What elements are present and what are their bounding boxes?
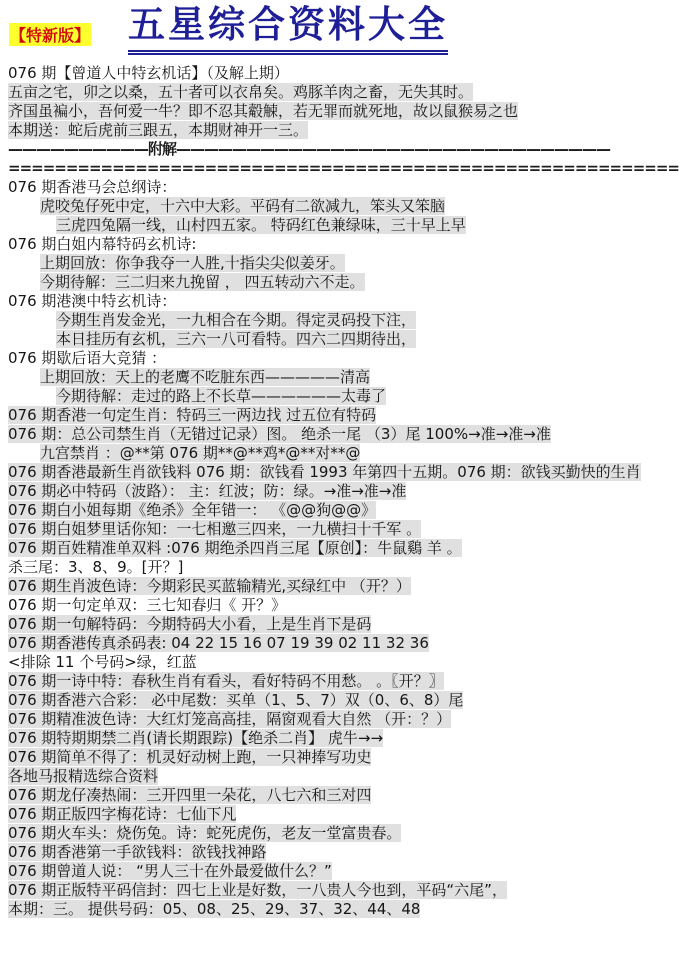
line-text: 今期待解：走过的路上不长草——————太毒了 xyxy=(56,387,386,405)
line-text: 杀三尾：3、8、9。[开？] xyxy=(8,558,183,576)
text-line: 九宫禁肖 ：@**第 076 期**@**鸡*@**对**@ xyxy=(0,444,679,463)
edition-badge: 【特新版】 xyxy=(9,23,91,46)
text-line: 076 期港澳中特玄机诗： xyxy=(0,292,679,311)
line-text: 076 期生肖波色诗：今期彩民买蓝输精光,买绿红中 （开？） xyxy=(8,577,411,595)
line-text: 076 期正版特平码信封：四七上业是好数，一八贵人今也到，平码“六尾”， xyxy=(8,881,507,899)
text-line: 076 期一句定单双：三七知春归《 开？》 xyxy=(0,596,679,615)
text-line: 076 期香港第一手欲钱料：欲钱找神路 xyxy=(0,843,679,862)
line-text: 076 期白姐梦里话你知：一七相邀三四来，一九横扫十千军 。 xyxy=(8,520,421,538)
text-line: 076 期白姐梦里话你知：一七相邀三四来，一九横扫十千军 。 xyxy=(0,520,679,539)
line-text: 076 期香港最新生肖欲钱料 076 期：欲钱看 1993 年第四十五期。076… xyxy=(8,463,641,481)
line-text: 076 期香港马会总纲诗： xyxy=(8,178,176,196)
text-line: 076 期【曾道人中特玄机话】（及解上期） xyxy=(0,64,679,83)
text-line: 齐国虽褊小，吾何爱一牛？即不忍其觳觫，若无罪而就死地，故以鼠猴易之也 xyxy=(0,102,679,121)
line-text: 076 期香港第一手欲钱料：欲钱找神路 xyxy=(8,843,266,861)
text-line: 076 期香港最新生肖欲钱料 076 期：欲钱看 1993 年第四十五期。076… xyxy=(0,463,679,482)
text-line: 076 期香港一句定生肖：特码三一两边找 过五位有特码 xyxy=(0,406,679,425)
line-text: 076 期一诗中特：春秋生肖有看头，看好特码不用愁。 。〖开？〗 xyxy=(8,672,444,690)
text-line: 076 期白姐内幕特码玄机诗: xyxy=(0,235,679,254)
line-text: 上期回放：你争我夺一人胜,十指尖尖似姜牙。 xyxy=(40,254,345,272)
text-line: 076 期香港传真杀码表: 04 22 15 16 07 19 39 02 11… xyxy=(0,634,679,653)
line-text: 076 期港澳中特玄机诗： xyxy=(8,292,176,310)
line-text: ========================================… xyxy=(8,159,679,177)
text-line: 076 期：总公司禁生肖（无错过记录）图。 绝杀一尾 （3）尾 100%→准→准… xyxy=(0,425,679,444)
line-text: 076 期正版四字梅花诗：七仙下凡 xyxy=(8,805,236,823)
text-line: <排除 11 个号码>绿，红蓝 xyxy=(0,653,679,672)
line-text: 本期送：蛇后虎前三跟五，本期财神开一三。 xyxy=(8,121,308,139)
text-line: 本日挂历有玄机，三六一八可看特。四六二四期待出， xyxy=(0,330,679,349)
text-line: 076 期生肖波色诗：今期彩民买蓝输精光,买绿红中 （开？） xyxy=(0,577,679,596)
line-text: 076 期白小姐每期《绝杀》全年错一： 《@@狗@@》 xyxy=(8,501,376,519)
line-text: 076 期一句解特码：今期特码大小看，上是生肖下是码 xyxy=(8,615,371,633)
text-line: 上期回放：你争我夺一人胜,十指尖尖似姜牙。 xyxy=(0,254,679,273)
text-line: 076 期正版特平码信封：四七上业是好数，一八贵人今也到，平码“六尾”， xyxy=(0,881,679,900)
line-text: 虎咬兔仔死中定，十六中大彩。平码有二欲减九，笨头又笨脑 xyxy=(40,197,445,215)
line-text: 本期：三。 提供号码：05、08、25、29、37、32、44、48 xyxy=(8,900,420,918)
line-text: 076 期【曾道人中特玄机话】（及解上期） xyxy=(8,64,289,82)
separator-line: ——————————附解————————————————————————————… xyxy=(0,140,679,159)
line-text: 076 期简单不得了：机灵好动树上跑，一只神捧写功史 xyxy=(8,748,371,766)
line-text: 今期生肖发金光，一九相合在今期。得定灵码投下注， xyxy=(56,311,416,329)
line-text: 三虎四兔隔一线，山村四五家。 特码红色兼绿味，三十早上早 xyxy=(56,216,466,234)
text-line: 今期待解：走过的路上不长草——————太毒了 xyxy=(0,387,679,406)
line-text: 076 期龙仔凑热闹：三开四里一朵花，八七六和三对四 xyxy=(8,786,371,804)
line-text: 076 期：总公司禁生肖（无错过记录）图。 绝杀一尾 （3）尾 100%→准→准… xyxy=(8,425,551,443)
line-text: 齐国虽褊小，吾何爱一牛？即不忍其觳觫，若无罪而就死地，故以鼠猴易之也 xyxy=(8,102,518,120)
text-line: 三虎四兔隔一线，山村四五家。 特码红色兼绿味，三十早上早 xyxy=(0,216,679,235)
text-line: 各地马报精选综合资料 xyxy=(0,767,679,786)
text-line: 076 期龙仔凑热闹：三开四里一朵花，八七六和三对四 xyxy=(0,786,679,805)
line-text: <排除 11 个号码>绿，红蓝 xyxy=(8,653,197,671)
text-line: 076 期必中特码（波路）： 主：红波；防：绿。→准→准→准 xyxy=(0,482,679,501)
text-line: 076 期曾道人说： “男人三十在外最爱做什么？” xyxy=(0,862,679,881)
line-text: 076 期香港一句定生肖：特码三一两边找 过五位有特码 xyxy=(8,406,376,424)
text-line: 076 期一句解特码：今期特码大小看，上是生肖下是码 xyxy=(0,615,679,634)
line-text: 本日挂历有玄机，三六一八可看特。四六二四期待出， xyxy=(56,330,416,348)
text-line: 076 期简单不得了：机灵好动树上跑，一只神捧写功史 xyxy=(0,748,679,767)
content: 076 期【曾道人中特玄机话】（及解上期）五亩之宅，卯之以桑，五十者可以衣帛矣。… xyxy=(0,62,679,919)
text-line: 本期送：蛇后虎前三跟五，本期财神开一三。 xyxy=(0,121,679,140)
text-line: 杀三尾：3、8、9。[开？] xyxy=(0,558,679,577)
text-line: 上期回放：天上的老鹰不吃脏东西—————清高 xyxy=(0,368,679,387)
text-line: 076 期一诗中特：春秋生肖有看头，看好特码不用愁。 。〖开？〗 xyxy=(0,672,679,691)
text-line: 076 期特期期禁二肖(请长期跟踪)【绝杀二肖】 虎牛→→ xyxy=(0,729,679,748)
line-text: 今期待解：三二归来九挽留 ， 四五转动六不走。 xyxy=(40,273,365,291)
text-line: 076 期正版四字梅花诗：七仙下凡 xyxy=(0,805,679,824)
text-line: 076 期百姓精准单双料 :076 期绝杀四肖三尾【原创】：牛鼠鷄 羊 。 xyxy=(0,539,679,558)
text-line: 076 期香港六合彩： 必中尾数：买单（1、5、7）双（0、6、8）尾 xyxy=(0,691,679,710)
text-line: 虎咬兔仔死中定，十六中大彩。平码有二欲减九，笨头又笨脑 xyxy=(0,197,679,216)
page-header: 【特新版】 五星综合资料大全 xyxy=(0,0,679,62)
text-line: 076 期歇后语大竞猜 ： xyxy=(0,349,679,368)
line-text: 五亩之宅，卯之以桑，五十者可以衣帛矣。鸡豚羊肉之畜，无失其时。 xyxy=(8,83,473,101)
line-text: 九宫禁肖 ：@**第 076 期**@**鸡*@**对**@ xyxy=(40,444,360,462)
text-line: 今期生肖发金光，一九相合在今期。得定灵码投下注， xyxy=(0,311,679,330)
page-title: 五星综合资料大全 xyxy=(128,0,448,55)
line-text: 076 期一句定单双：三七知春归《 开？》 xyxy=(8,596,286,614)
line-text: 各地马报精选综合资料 xyxy=(8,767,158,785)
separator-line: ========================================… xyxy=(0,159,679,178)
text-line: 076 期白小姐每期《绝杀》全年错一： 《@@狗@@》 xyxy=(0,501,679,520)
line-text: 076 期精准波色诗：大红灯笼高高挂，隔窗观看大自然 （开：？） xyxy=(8,710,451,728)
line-text: 076 期特期期禁二肖(请长期跟踪)【绝杀二肖】 虎牛→→ xyxy=(8,729,383,747)
line-text: 076 期曾道人说： “男人三十在外最爱做什么？” xyxy=(8,862,332,880)
line-text: 076 期百姓精准单双料 :076 期绝杀四肖三尾【原创】：牛鼠鷄 羊 。 xyxy=(8,539,462,557)
line-text: 076 期香港六合彩： 必中尾数：买单（1、5、7）双（0、6、8）尾 xyxy=(8,691,463,709)
line-text: 076 期歇后语大竞猜 ： xyxy=(8,349,166,367)
text-line: 076 期精准波色诗：大红灯笼高高挂，隔窗观看大自然 （开：？） xyxy=(0,710,679,729)
text-line: 今期待解：三二归来九挽留 ， 四五转动六不走。 xyxy=(0,273,679,292)
line-text: ——————————附解————————————————————————————… xyxy=(8,140,610,158)
line-text: 076 期香港传真杀码表: 04 22 15 16 07 19 39 02 11… xyxy=(8,634,429,652)
line-text: 076 期必中特码（波路）： 主：红波；防：绿。→准→准→准 xyxy=(8,482,406,500)
line-text: 076 期火车头：烧伤兔。诗：蛇死虎伤，老友一堂富贵春。 xyxy=(8,824,401,842)
line-text: 076 期白姐内幕特码玄机诗: xyxy=(8,235,196,253)
text-line: 076 期香港马会总纲诗： xyxy=(0,178,679,197)
text-line: 五亩之宅，卯之以桑，五十者可以衣帛矣。鸡豚羊肉之畜，无失其时。 xyxy=(0,83,679,102)
text-line: 本期：三。 提供号码：05、08、25、29、37、32、44、48 xyxy=(0,900,679,919)
text-line: 076 期火车头：烧伤兔。诗：蛇死虎伤，老友一堂富贵春。 xyxy=(0,824,679,843)
line-text: 上期回放：天上的老鹰不吃脏东西—————清高 xyxy=(40,368,370,386)
